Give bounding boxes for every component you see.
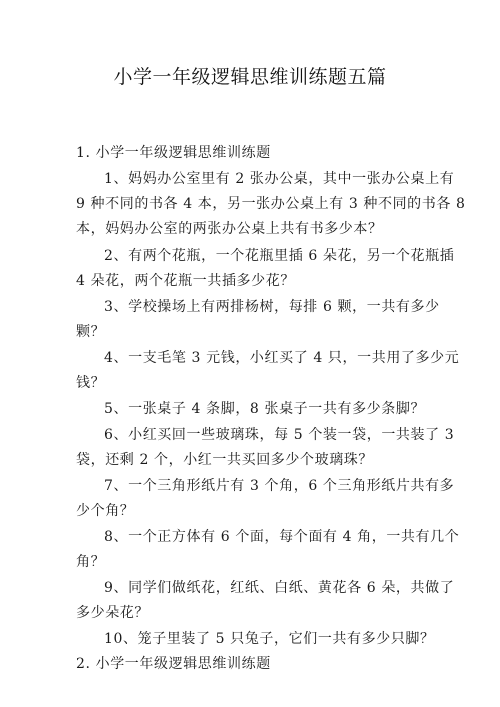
text-line: 9、同学们做纸花，红纸、白纸、黄花各 6 朵，共做了 [104, 577, 464, 597]
text-line: 3、学校操场上有两排杨树，每排 6 颗，一共有多少 [104, 296, 464, 316]
text-line: 5、一张桌子 4 条脚，8 张桌子一共有多少条脚？ [104, 398, 464, 418]
text-line: 多少朵花？ [76, 602, 436, 622]
document-title: 小学一年级逻辑思维训练题五篇 [0, 62, 500, 89]
text-line: 6、小红买回一些玻璃珠，每 5 个装一袋，一共装了 3 [104, 424, 464, 444]
text-line: 袋，还剩 2 个，小红一共买回多少个玻璃珠？ [76, 449, 436, 469]
text-line: 本，妈妈办公室的两张办公桌上共有书多少本？ [76, 218, 436, 238]
text-line: 1. 小学一年级逻辑思维训练题 [76, 142, 436, 162]
text-line: 4、一支毛笔 3 元钱，小红买了 4 只，一共用了多少元 [104, 347, 464, 367]
text-line: 8、一个正方体有 6 个面，每个面有 4 角，一共有几个 [104, 526, 464, 546]
text-line: 少个角？ [76, 500, 436, 520]
text-line: 2、有两个花瓶，一个花瓶里插 6 朵花，另一个花瓶插 [104, 245, 464, 265]
text-line: 角？ [76, 551, 436, 571]
text-line: 钱？ [76, 372, 436, 392]
text-line: 4 朵花，两个花瓶一共插多少花？ [76, 270, 436, 290]
text-line: 2. 小学一年级逻辑思维训练题 [76, 653, 436, 673]
text-line: 9 种不同的书各 4 本，另一张办公桌上有 3 种不同的书各 8 [76, 193, 436, 213]
text-line: 7、一个三角形纸片有 3 个角，6 个三角形纸片共有多 [104, 475, 464, 495]
document-page: 小学一年级逻辑思维训练题五篇 1. 小学一年级逻辑思维训练题1、妈妈办公室里有 … [0, 0, 500, 707]
text-line: 颗？ [76, 321, 436, 341]
text-line: 10、笼子里装了 5 只兔子，它们一共有多少只脚？ [104, 628, 464, 648]
text-line: 1、妈妈办公室里有 2 张办公桌，其中一张办公桌上有 [104, 168, 464, 188]
